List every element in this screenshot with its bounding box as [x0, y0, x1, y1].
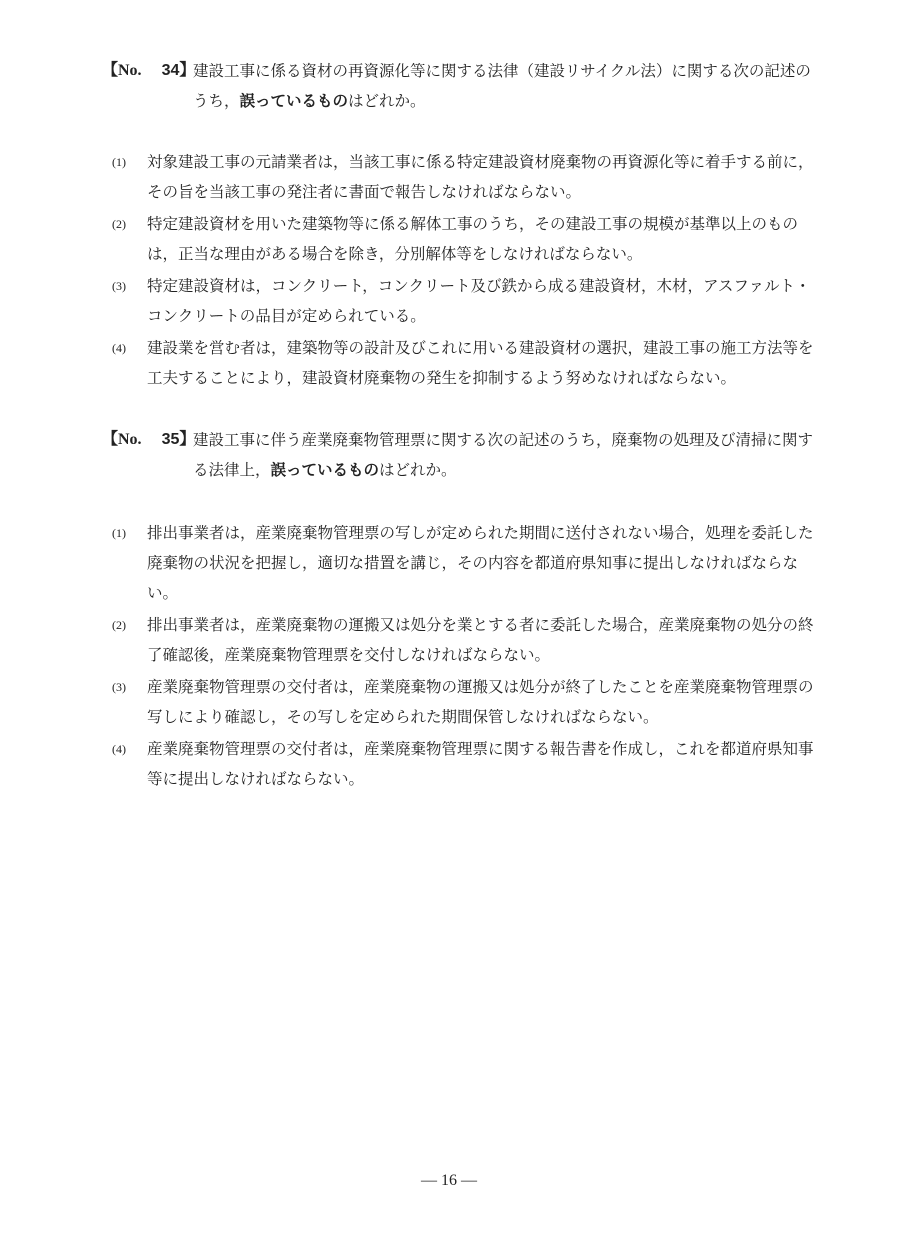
stem-emphasis: 誤っているもの [271, 461, 380, 479]
question-34-header: 【No.34】 建設工事に係る資材の再資源化等に関する法律（建設リサイクル法）に… [102, 56, 822, 116]
question-label: 【No. [102, 431, 142, 448]
option-text: 排出事業者は，産業廃棄物管理票の写しが定められた期間に送付されない場合，処理を委… [147, 524, 814, 602]
option-text: 建設業を営む者は，建築物等の設計及びこれに用いる建設資材の選択，建設工事の施工方… [147, 339, 814, 387]
option-text: 特定建設資材は，コンクリート，コンクリート及び鉄から成る建設資材，木材，アスファ… [147, 277, 811, 325]
option-text: 対象建設工事の元請業者は，当該工事に係る特定建設資材廃棄物の再資源化等に着手する… [147, 153, 814, 201]
option-2: (2)排出事業者は，産業廃棄物の運搬又は処分を業とする者に委託した場合，産業廃棄… [112, 610, 817, 670]
option-1: (1)排出事業者は，産業廃棄物管理票の写しが定められた期間に送付されない場合，処… [112, 518, 817, 608]
question-number: 【No.34】 [102, 56, 195, 86]
option-1: (1)対象建設工事の元請業者は，当該工事に係る特定建設資材廃棄物の再資源化等に着… [112, 147, 817, 207]
option-mark: (1) [112, 518, 126, 548]
option-mark: (4) [112, 333, 126, 363]
stem-emphasis: 誤っているもの [240, 92, 349, 110]
stem-text-end: はどれか。 [348, 92, 426, 110]
option-text: 産業廃棄物管理票の交付者は，産業廃棄物管理票に関する報告書を作成し，これを都道府… [147, 740, 814, 788]
option-mark: (4) [112, 734, 126, 764]
option-mark: (1) [112, 147, 126, 177]
question-stem: 建設工事に係る資材の再資源化等に関する法律（建設リサイクル法）に関する次の記述の… [193, 56, 813, 116]
question-num: 34】 [162, 62, 196, 79]
question-num: 35】 [162, 431, 196, 448]
question-35-header: 【No.35】 建設工事に伴う産業廃棄物管理票に関する次の記述のうち，廃棄物の処… [102, 425, 822, 485]
option-mark: (3) [112, 672, 126, 702]
question-number: 【No.35】 [102, 425, 195, 455]
question-34-options: (1)対象建設工事の元請業者は，当該工事に係る特定建設資材廃棄物の再資源化等に着… [112, 147, 817, 395]
question-stem: 建設工事に伴う産業廃棄物管理票に関する次の記述のうち，廃棄物の処理及び清掃に関す… [193, 425, 813, 485]
question-label: 【No. [102, 62, 142, 79]
question-35-options: (1)排出事業者は，産業廃棄物管理票の写しが定められた期間に送付されない場合，処… [112, 518, 817, 796]
option-mark: (2) [112, 209, 126, 239]
option-2: (2)特定建設資材を用いた建築物等に係る解体工事のうち，その建設工事の規模が基準… [112, 209, 817, 269]
option-text: 特定建設資材を用いた建築物等に係る解体工事のうち，その建設工事の規模が基準以上の… [147, 215, 798, 263]
option-3: (3)産業廃棄物管理票の交付者は，産業廃棄物の運搬又は処分が終了したことを産業廃… [112, 672, 817, 732]
page-number: — 16 — [0, 1172, 898, 1190]
option-text: 産業廃棄物管理票の交付者は，産業廃棄物の運搬又は処分が終了したことを産業廃棄物管… [147, 678, 814, 726]
option-4: (4)建設業を営む者は，建築物等の設計及びこれに用いる建設資材の選択，建設工事の… [112, 333, 817, 393]
option-mark: (2) [112, 610, 126, 640]
stem-text-end: はどれか。 [379, 461, 457, 479]
option-mark: (3) [112, 271, 126, 301]
option-4: (4)産業廃棄物管理票の交付者は，産業廃棄物管理票に関する報告書を作成し，これを… [112, 734, 817, 794]
option-text: 排出事業者は，産業廃棄物の運搬又は処分を業とする者に委託した場合，産業廃棄物の処… [147, 616, 814, 664]
option-3: (3)特定建設資材は，コンクリート，コンクリート及び鉄から成る建設資材，木材，ア… [112, 271, 817, 331]
